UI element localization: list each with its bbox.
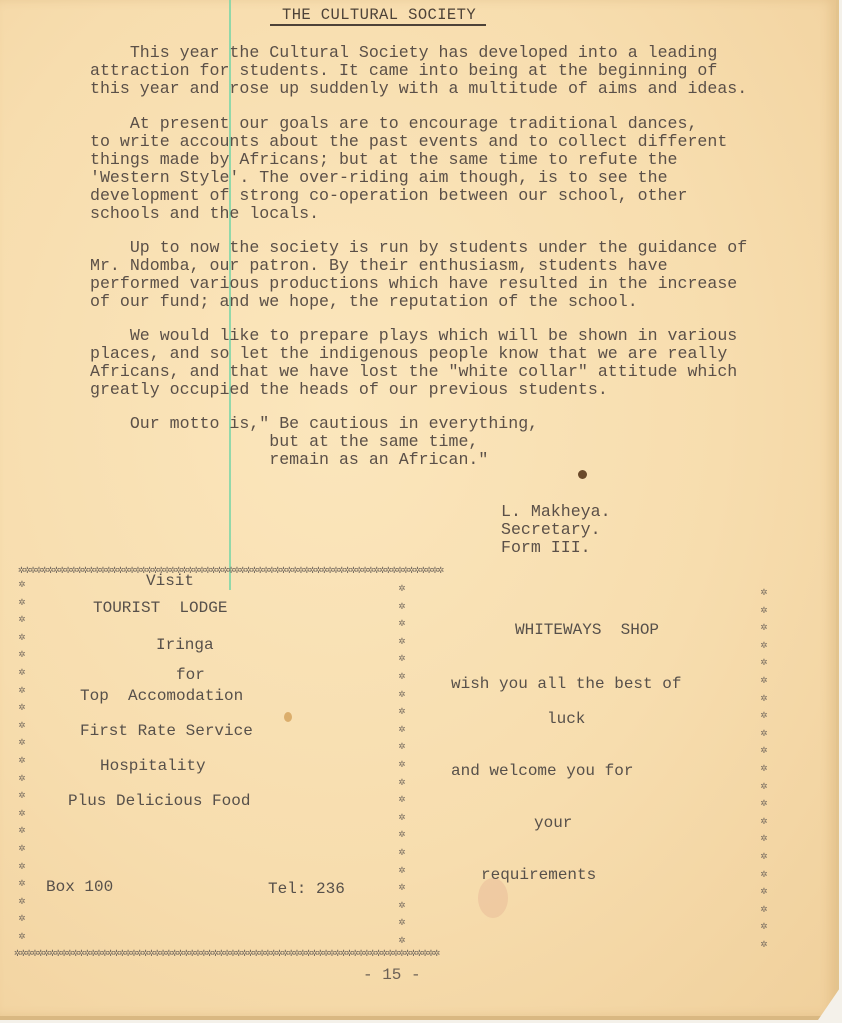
paper-page: THE CULTURAL SOCIETY This year the Cultu… [0, 0, 839, 1020]
motto-line: remain as an African." [90, 451, 810, 469]
signature-form: Form III. [501, 539, 701, 557]
text-line: to write accounts about the past events … [90, 133, 810, 151]
ad-line-accommodation: Top Accomodation [80, 687, 243, 705]
motto-line: but at the same time, [90, 433, 810, 451]
ad-line-welcome: and welcome you for [451, 762, 633, 780]
ad-box: Box 100 [46, 878, 113, 896]
signature-name: L. Makheya. [501, 503, 701, 521]
text-line: Up to now the society is run by students… [90, 239, 810, 257]
ad-tel: Tel: 236 [268, 880, 345, 898]
ad-place: Iringa [156, 636, 214, 654]
ad-line-your: your [534, 814, 572, 832]
text-line: 'Western Style'. The over-riding aim tho… [90, 169, 810, 187]
ad-shop-name: WHITEWAYS SHOP [515, 621, 659, 639]
ad-line-food: Plus Delicious Food [68, 792, 250, 810]
text-line: This year the Cultural Society has devel… [90, 44, 810, 62]
ad-line-hospitality: Hospitality [100, 757, 206, 775]
ad-for: for [176, 666, 205, 684]
paragraph-2: At present our goals are to encourage tr… [90, 115, 810, 223]
text-line: development of strong co-operation betwe… [90, 187, 810, 205]
motto-line: Our motto is," Be cautious in everything… [90, 415, 810, 433]
text-line: Africans, and that we have lost the "whi… [90, 363, 810, 381]
ad-lodge-name: TOURIST LODGE [93, 599, 227, 617]
paragraph-1: This year the Cultural Society has devel… [90, 44, 810, 98]
article-title: THE CULTURAL SOCIETY [270, 6, 486, 26]
stain [284, 712, 292, 722]
ad-line-service: First Rate Service [80, 722, 253, 740]
text-line: schools and the locals. [90, 205, 810, 223]
star-border-top: ✲✲✲✲✲✲✲✲✲✲✲✲✲✲✲✲✲✲✲✲✲✲✲✲✲✲✲✲✲✲✲✲✲✲✲✲✲✲✲✲… [18, 565, 443, 577]
text-line: things made by Africans; but at the same… [90, 151, 810, 169]
star-border-divider: ✲✲✲✲✲✲✲✲✲✲✲✲✲✲✲✲✲✲✲✲✲ [396, 580, 408, 949]
page-number: - 15 - [363, 966, 421, 984]
text-line: performed various productions which have… [90, 275, 810, 293]
signature-role: Secretary. [501, 521, 701, 539]
signature: L. Makheya. Secretary. Form III. [501, 503, 701, 557]
star-border-bottom: ✲✲✲✲✲✲✲✲✲✲✲✲✲✲✲✲✲✲✲✲✲✲✲✲✲✲✲✲✲✲✲✲✲✲✲✲✲✲✲✲… [14, 948, 439, 960]
ad-line-luck: luck [547, 710, 585, 728]
text-line: At present our goals are to encourage tr… [90, 115, 810, 133]
ad-line-requirements: requirements [481, 866, 596, 884]
text-line: We would like to prepare plays which wil… [90, 327, 810, 345]
text-line: of our fund; and we hope, the reputation… [90, 293, 810, 311]
star-border-right: ✲✲✲✲✲✲✲✲✲✲✲✲✲✲✲✲✲✲✲✲✲ [758, 584, 770, 953]
text-line: greatly occupied the heads of our previo… [90, 381, 810, 399]
text-line: Mr. Ndomba, our patron. By their enthusi… [90, 257, 810, 275]
text-line: places, and so let the indigenous people… [90, 345, 810, 363]
stain [478, 878, 508, 918]
ad-visit: Visit [146, 572, 194, 590]
ink-spot [578, 470, 587, 479]
motto: Our motto is," Be cautious in everything… [90, 415, 810, 469]
paragraph-4: We would like to prepare plays which wil… [90, 327, 810, 399]
paragraph-3: Up to now the society is run by students… [90, 239, 810, 311]
star-border-left: ✲✲✲✲✲✲✲✲✲✲✲✲✲✲✲✲✲✲✲✲✲ [16, 576, 28, 945]
ad-line-wish: wish you all the best of [451, 675, 681, 693]
text-line: this year and rose up suddenly with a mu… [90, 80, 810, 98]
text-line: attraction for students. It came into be… [90, 62, 810, 80]
